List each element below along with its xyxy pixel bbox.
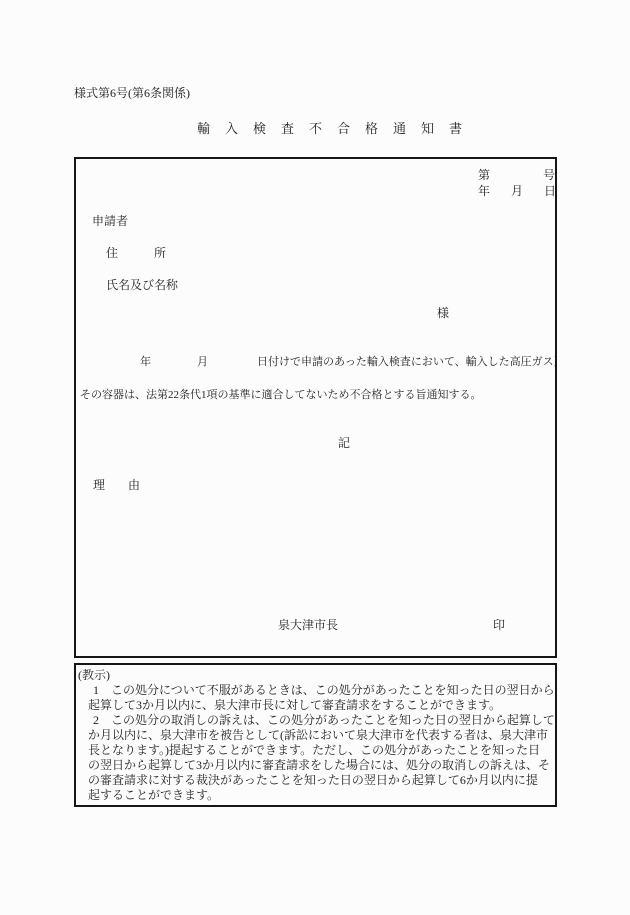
applicant-label: 申請者	[92, 212, 128, 229]
kyoji-line: 2 この処分の取消しの訴えは、この処分があったことを知った日の翌日から起算して6	[76, 713, 555, 728]
reason-label-right: 由	[128, 478, 140, 492]
document-title: 輸入検査不合格通知書	[197, 118, 477, 137]
body-paragraph-line2: その容器は、法第22条代1項の基準に適合してないため不合格とする旨通知する。	[80, 386, 482, 402]
kyoji-line: 起することができます。	[76, 788, 555, 803]
doc-number-suffix: 号	[543, 168, 555, 182]
honorific-sama: 様	[437, 304, 449, 321]
body-month-label: 月	[197, 356, 208, 368]
doc-number-row: 第号	[478, 166, 555, 183]
doc-number-prefix: 第	[478, 168, 490, 182]
document-page: 様式第6号(第6条関係) 輸入検査不合格通知書 第号 年月日 申請者 住所 氏名…	[0, 0, 630, 915]
kyoji-line: か月以内に、泉大津市を被告として(訴訟において泉大津市を代表する者は、泉大津市	[76, 728, 555, 743]
kyoji-line: 1 この処分について不服があるときは、この処分があったことを知った日の翌日から	[76, 683, 555, 698]
body-year-label: 年	[140, 356, 151, 368]
kyoji-heading: (教示)	[76, 668, 555, 683]
kyoji-instructions-box: (教示) 1 この処分について不服があるときは、この処分があったことを知った日の…	[74, 663, 557, 807]
kyoji-line: の翌日から起算して3か月以内に審査請求をした場合には、処分の取消しの訴えは、そ	[76, 758, 555, 773]
kyoji-line: の審査請求に対する裁決があったことを知った日の翌日から起算して6か月以内に提	[76, 773, 555, 788]
name-label: 氏名及び名称	[106, 276, 178, 293]
body-line1-text: 日付けで申請のあった輸入検査において、輸入した高圧ガス及び	[257, 356, 557, 368]
date-day-label: 日	[544, 184, 556, 198]
date-month-label: 月	[511, 184, 523, 198]
seal-in-label: 印	[493, 616, 505, 633]
kyoji-line: 起算して3か月以内に、泉大津市長に対して審査請求をすることができます。	[76, 698, 555, 713]
kyoji-line: 長となります。)提起することができます。ただし、この処分があったことを知った日	[76, 743, 555, 758]
date-row: 年月日	[478, 182, 556, 199]
address-label-left: 住	[106, 246, 118, 260]
reason-label-left: 理	[93, 478, 105, 492]
address-label: 住所	[106, 244, 166, 261]
date-year-label: 年	[478, 184, 490, 198]
form-number: 様式第6号(第6条関係)	[74, 84, 190, 101]
address-label-right: 所	[154, 246, 166, 260]
mayor-signature-label: 泉大津市長	[278, 616, 338, 633]
reason-label: 理由	[93, 476, 140, 493]
body-paragraph-line1: 年月日付けで申請のあった輸入検査において、輸入した高圧ガス及び	[140, 353, 557, 369]
record-ki-label: 記	[338, 434, 350, 451]
notice-box: 第号 年月日 申請者 住所 氏名及び名称 様 年月日付けで申請のあった輸入検査に…	[74, 157, 557, 658]
